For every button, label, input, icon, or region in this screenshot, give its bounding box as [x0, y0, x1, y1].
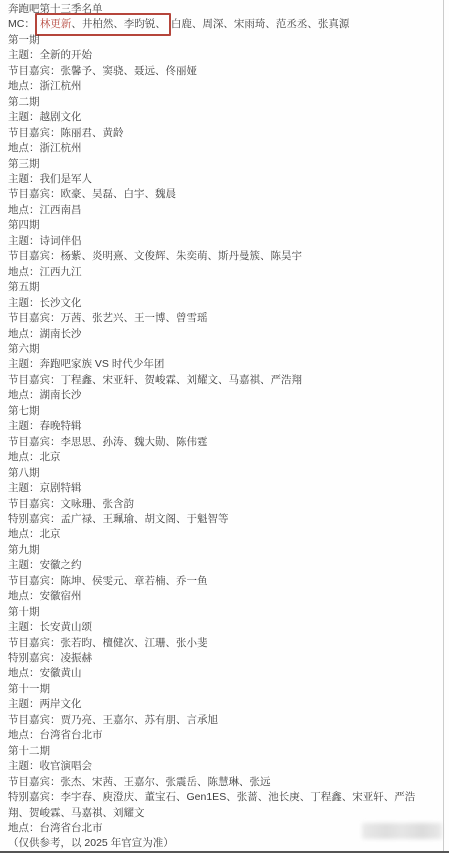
- episode-location: 地点：江西九江: [8, 265, 434, 280]
- episode-theme-value: 长安黄山颂: [40, 621, 93, 633]
- episode-number: 第二期: [8, 95, 434, 110]
- episode-block: 第十一期主题：两岸文化节目嘉宾：贾乃亮、王嘉尔、苏有朋、言承旭地点：台湾省台北市: [8, 682, 434, 744]
- page-right-border: [443, 0, 444, 853]
- episode-theme-label: 主题：: [8, 173, 40, 185]
- episode-guests-value: 文咏珊、张含韵: [61, 498, 135, 510]
- episode-theme-value: 奔跑吧家族 VS 时代少年团: [40, 358, 165, 370]
- episode-location-value: 台湾省台北市: [40, 729, 103, 741]
- episode-theme-value: 长沙文化: [40, 297, 82, 309]
- episode-guests: 节目嘉宾：张杰、宋茜、王嘉尔、张震岳、陈慧琳、张远: [8, 775, 434, 790]
- episode-location: 地点：湖南长沙: [8, 327, 434, 342]
- episode-guests-label: 节目嘉宾：: [8, 374, 61, 386]
- episode-location-label: 地点：: [8, 528, 40, 540]
- episode-location-value: 安徽黄山: [40, 667, 82, 679]
- episode-theme-value: 京剧特辑: [40, 482, 82, 494]
- document-page: 奔跑吧第十三季名单 MC：林更新、井柏然、李昀锐、白鹿、周深、宋雨琦、范丞丞、张…: [0, 0, 449, 853]
- episode-location: 地点：江西南昌: [8, 203, 434, 218]
- episode-theme-value: 全新的开始: [40, 49, 93, 61]
- episode-location-value: 北京: [40, 528, 61, 540]
- episode-number: 第九期: [8, 543, 434, 558]
- episode-guests-label: 节目嘉宾：: [8, 498, 61, 510]
- episode-location-label: 地点：: [8, 80, 40, 92]
- episode-theme: 主题：收官演唱会: [8, 759, 434, 774]
- episode-location-label: 地点：: [8, 328, 40, 340]
- episode-number-value: 第七期: [8, 405, 40, 417]
- episode-number: 第七期: [8, 404, 434, 419]
- episode-theme-label: 主题：: [8, 559, 40, 571]
- episode-block: 第一期主题：全新的开始节目嘉宾：张馨予、窦骁、聂远、佟丽娅地点：浙江杭州: [8, 33, 434, 95]
- episode-location-label: 地点：: [8, 266, 40, 278]
- episode-block: 第六期主题：奔跑吧家族 VS 时代少年团节目嘉宾：丁程鑫、宋亚轩、贺峻霖、刘耀文…: [8, 342, 434, 404]
- episode-guests-label: 节目嘉宾：: [8, 188, 61, 200]
- episode-theme-label: 主题：: [8, 760, 40, 772]
- mc-boxed-names: 、井柏然、李昀锐、: [71, 18, 166, 30]
- episode-special-guests-label: 特别嘉宾：: [8, 791, 61, 803]
- episode-theme-value: 越剧文化: [40, 111, 82, 123]
- episode-block: 第五期主题：长沙文化节目嘉宾：万茜、张艺兴、王一博、曾雪瑶地点：湖南长沙: [8, 280, 434, 342]
- episode-list: 第一期主题：全新的开始节目嘉宾：张馨予、窦骁、聂远、佟丽娅地点：浙江杭州第二期主…: [8, 33, 434, 837]
- episode-number-value: 第十期: [8, 606, 40, 618]
- episode-location: 地点：北京: [8, 527, 434, 542]
- episode-guests-value: 贾乃亮、王嘉尔、苏有朋、言承旭: [61, 714, 219, 726]
- episode-guests-value: 万茜、张艺兴、王一博、曾雪瑶: [61, 312, 208, 324]
- episode-number-value: 第一期: [8, 34, 40, 46]
- episode-location-label: 地点：: [8, 389, 40, 401]
- episode-number-value: 第十二期: [8, 745, 50, 757]
- episode-theme-value: 春晚特辑: [40, 420, 82, 432]
- episode-guests-label: 节目嘉宾：: [8, 637, 61, 649]
- episode-guests-label: 节目嘉宾：: [8, 436, 61, 448]
- episode-number-value: 第三期: [8, 158, 40, 170]
- episode-location: 地点：台湾省台北市: [8, 728, 434, 743]
- episode-block: 第十期主题：长安黄山颂节目嘉宾：张若昀、檀健次、江珊、张小斐特别嘉宾：凌振赫地点…: [8, 605, 434, 682]
- episode-guests-label: 节目嘉宾：: [8, 776, 61, 788]
- mc-line: MC：林更新、井柏然、李昀锐、白鹿、周深、宋雨琦、范丞丞、张真源: [8, 17, 434, 32]
- episode-special-guests-value: 李宇春、庾澄庆、董宝石、Gen1ES、张蔷、池长庚、丁程鑫、宋亚轩、严浩翔、贺峻…: [8, 791, 415, 818]
- episode-guests-label: 节目嘉宾：: [8, 127, 61, 139]
- episode-guests-label: 节目嘉宾：: [8, 575, 61, 587]
- episode-guests-value: 张若昀、檀健次、江珊、张小斐: [61, 637, 208, 649]
- mc-label: MC：: [8, 18, 35, 30]
- episode-guests: 节目嘉宾：张若昀、檀健次、江珊、张小斐: [8, 636, 434, 651]
- episode-guests: 节目嘉宾：贾乃亮、王嘉尔、苏有朋、言承旭: [8, 713, 434, 728]
- episode-location: 地点：北京: [8, 450, 434, 465]
- episode-theme: 主题：安徽之约: [8, 558, 434, 573]
- episode-theme-label: 主题：: [8, 482, 40, 494]
- episode-number: 第十期: [8, 605, 434, 620]
- episode-theme: 主题：全新的开始: [8, 48, 434, 63]
- episode-guests-label: 节目嘉宾：: [8, 714, 61, 726]
- episode-number-value: 第四期: [8, 219, 40, 231]
- episode-guests-value: 陈丽君、黄龄: [61, 127, 124, 139]
- episode-special-guests-label: 特别嘉宾：: [8, 513, 61, 525]
- episode-theme: 主题：春晚特辑: [8, 419, 434, 434]
- episode-location-value: 浙江杭州: [40, 142, 82, 154]
- episode-location-value: 湖南长沙: [40, 389, 82, 401]
- episode-number-value: 第二期: [8, 96, 40, 108]
- mc-annotation-box: 林更新、井柏然、李昀锐、: [35, 13, 171, 36]
- episode-special-guests: 特别嘉宾：凌振赫: [8, 651, 434, 666]
- episode-theme: 主题：奔跑吧家族 VS 时代少年团: [8, 357, 434, 372]
- episode-theme-value: 我们是军人: [40, 173, 93, 185]
- episode-number-value: 第六期: [8, 343, 40, 355]
- episode-location: 地点：浙江杭州: [8, 141, 434, 156]
- episode-location-label: 地点：: [8, 142, 40, 154]
- episode-location: 地点：安徽宿州: [8, 589, 434, 604]
- episode-special-guests-label: 特别嘉宾：: [8, 652, 61, 664]
- episode-number: 第十一期: [8, 682, 434, 697]
- episode-location-label: 地点：: [8, 590, 40, 602]
- episode-theme: 主题：两岸文化: [8, 697, 434, 712]
- episode-location: 地点：安徽黄山: [8, 666, 434, 681]
- episode-block: 第八期主题：京剧特辑节目嘉宾：文咏珊、张含韵特别嘉宾：孟广禄、王珮瑜、胡文阁、于…: [8, 466, 434, 543]
- blurred-watermark: [362, 823, 442, 839]
- episode-guests-value: 张杰、宋茜、王嘉尔、张震岳、陈慧琳、张远: [61, 776, 271, 788]
- episode-guests-value: 杨紫、炎明熹、文俊辉、朱奕萌、斯丹曼簇、陈昊宇: [61, 250, 303, 262]
- episode-theme-label: 主题：: [8, 420, 40, 432]
- episode-location: 地点：湖南长沙: [8, 388, 434, 403]
- episode-theme-label: 主题：: [8, 621, 40, 633]
- episode-theme-label: 主题：: [8, 297, 40, 309]
- episode-special-guests-value: 孟广禄、王珮瑜、胡文阁、于魁智等: [61, 513, 229, 525]
- episode-theme: 主题：诗词伴侣: [8, 234, 434, 249]
- episode-location-value: 江西南昌: [40, 204, 82, 216]
- episode-guests: 节目嘉宾：陈坤、侯雯元、章若楠、乔一鱼: [8, 574, 434, 589]
- episode-location: 地点：浙江杭州: [8, 79, 434, 94]
- episode-guests-label: 节目嘉宾：: [8, 312, 61, 324]
- episode-location-value: 江西九江: [40, 266, 82, 278]
- episode-location-value: 安徽宿州: [40, 590, 82, 602]
- episode-number: 第三期: [8, 157, 434, 172]
- episode-theme: 主题：我们是军人: [8, 172, 434, 187]
- episode-block: 第三期主题：我们是军人节目嘉宾：欧豪、吴磊、白宇、魏晨地点：江西南昌: [8, 157, 434, 219]
- episode-theme: 主题：长沙文化: [8, 296, 434, 311]
- episode-special-guests-value: 凌振赫: [61, 652, 93, 664]
- episode-theme-label: 主题：: [8, 358, 40, 370]
- episode-number-value: 第五期: [8, 281, 40, 293]
- episode-guests-label: 节目嘉宾：: [8, 65, 61, 77]
- episode-guests: 节目嘉宾：张馨予、窦骁、聂远、佟丽娅: [8, 64, 434, 79]
- episode-location-label: 地点：: [8, 667, 40, 679]
- episode-theme-value: 两岸文化: [40, 698, 82, 710]
- episode-block: 第二期主题：越剧文化节目嘉宾：陈丽君、黄龄地点：浙江杭州: [8, 95, 434, 157]
- episode-block: 第四期主题：诗词伴侣节目嘉宾：杨紫、炎明熹、文俊辉、朱奕萌、斯丹曼簇、陈昊宇地点…: [8, 218, 434, 280]
- episode-number: 第五期: [8, 280, 434, 295]
- episode-number: 第十二期: [8, 744, 434, 759]
- episode-location-value: 台湾省台北市: [40, 822, 103, 834]
- episode-location-value: 浙江杭州: [40, 80, 82, 92]
- episode-theme-label: 主题：: [8, 111, 40, 123]
- episode-location-label: 地点：: [8, 729, 40, 741]
- episode-guests-label: 节目嘉宾：: [8, 250, 61, 262]
- episode-number: 第四期: [8, 218, 434, 233]
- episode-location-label: 地点：: [8, 451, 40, 463]
- episode-guests-value: 李思思、孙涛、魏大勋、陈伟霆: [61, 436, 208, 448]
- mc-names: 白鹿、周深、宋雨琦、范丞丞、张真源: [171, 18, 350, 30]
- episode-number-value: 第九期: [8, 544, 40, 556]
- episode-guests-value: 张馨予、窦骁、聂远、佟丽娅: [61, 65, 198, 77]
- episode-theme: 主题：越剧文化: [8, 110, 434, 125]
- episode-guests: 节目嘉宾：欧豪、吴磊、白宇、魏晨: [8, 187, 434, 202]
- episode-theme-label: 主题：: [8, 49, 40, 61]
- document-content: 奔跑吧第十三季名单 MC：林更新、井柏然、李昀锐、白鹿、周深、宋雨琦、范丞丞、张…: [0, 0, 449, 852]
- episode-number: 第六期: [8, 342, 434, 357]
- episode-theme-label: 主题：: [8, 235, 40, 247]
- episode-special-guests: 特别嘉宾：孟广禄、王珮瑜、胡文阁、于魁智等: [8, 512, 434, 527]
- episode-guests: 节目嘉宾：陈丽君、黄龄: [8, 126, 434, 141]
- episode-location-label: 地点：: [8, 822, 40, 834]
- episode-guests: 节目嘉宾：杨紫、炎明熹、文俊辉、朱奕萌、斯丹曼簇、陈昊宇: [8, 249, 434, 264]
- episode-theme-value: 收官演唱会: [40, 760, 93, 772]
- episode-number: 第八期: [8, 466, 434, 481]
- episode-theme: 主题：长安黄山颂: [8, 620, 434, 635]
- episode-theme-label: 主题：: [8, 698, 40, 710]
- episode-guests: 节目嘉宾：李思思、孙涛、魏大勋、陈伟霆: [8, 435, 434, 450]
- episode-theme-value: 诗词伴侣: [40, 235, 82, 247]
- episode-special-guests: 特别嘉宾：李宇春、庾澄庆、董宝石、Gen1ES、张蔷、池长庚、丁程鑫、宋亚轩、严…: [8, 790, 434, 821]
- episode-guests-value: 欧豪、吴磊、白宇、魏晨: [61, 188, 177, 200]
- episode-location-value: 湖南长沙: [40, 328, 82, 340]
- episode-location-value: 北京: [40, 451, 61, 463]
- episode-guests: 节目嘉宾：丁程鑫、宋亚轩、贺峻霖、刘耀文、马嘉祺、严浩翔: [8, 373, 434, 388]
- episode-guests: 节目嘉宾：文咏珊、张含韵: [8, 497, 434, 512]
- episode-block: 第七期主题：春晚特辑节目嘉宾：李思思、孙涛、魏大勋、陈伟霆地点：北京: [8, 404, 434, 466]
- episode-theme-value: 安徽之约: [40, 559, 82, 571]
- episode-theme: 主题：京剧特辑: [8, 481, 434, 496]
- mc-highlighted-name: 林更新: [40, 18, 72, 30]
- episode-guests-value: 陈坤、侯雯元、章若楠、乔一鱼: [61, 575, 208, 587]
- episode-number-value: 第十一期: [8, 683, 50, 695]
- episode-location-label: 地点：: [8, 204, 40, 216]
- episode-block: 第九期主题：安徽之约节目嘉宾：陈坤、侯雯元、章若楠、乔一鱼地点：安徽宿州: [8, 543, 434, 605]
- episode-guests-value: 丁程鑫、宋亚轩、贺峻霖、刘耀文、马嘉祺、严浩翔: [61, 374, 303, 386]
- episode-guests: 节目嘉宾：万茜、张艺兴、王一博、曾雪瑶: [8, 311, 434, 326]
- episode-number-value: 第八期: [8, 467, 40, 479]
